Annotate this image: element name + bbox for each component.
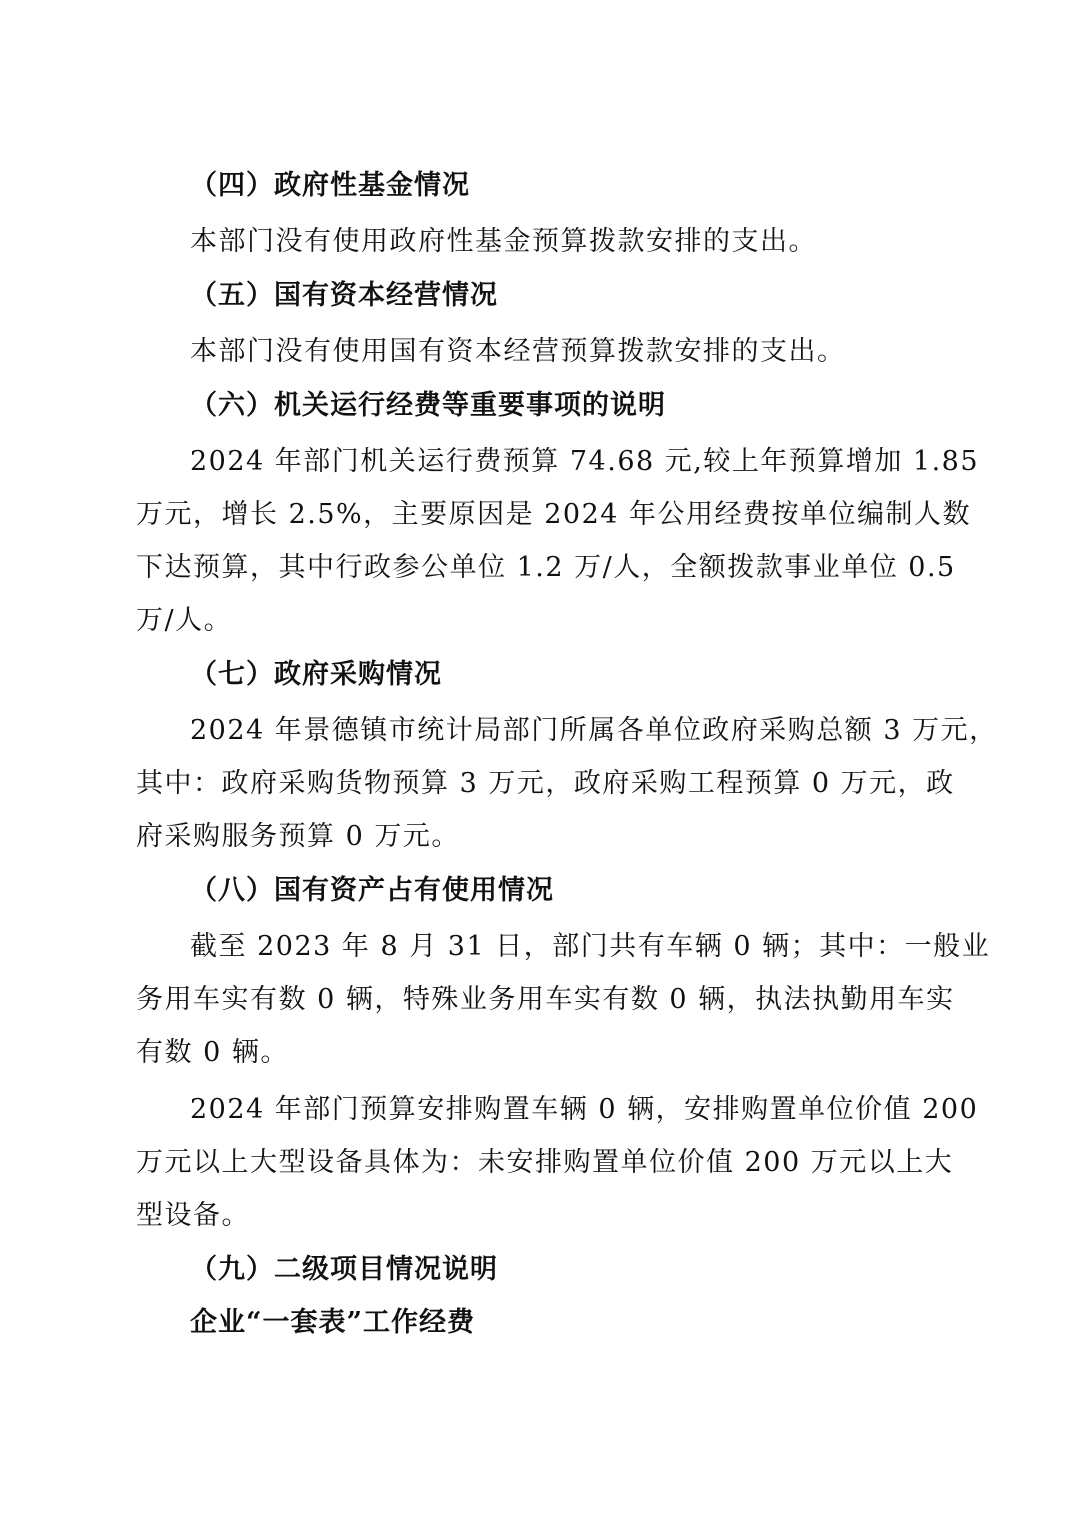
paragraph-line: 下达预算，其中行政参公单位 1.2 万/人，全额拨款事业单位 0.5 [136, 550, 956, 586]
paragraph-line: 型设备。 [136, 1198, 250, 1234]
section-heading-state-assets: （八）国有资产占有使用情况 [190, 873, 554, 909]
section-heading-state-capital: （五）国有资本经营情况 [190, 278, 498, 314]
section-heading-secondary-projects: （九）二级项目情况说明 [190, 1252, 498, 1288]
paragraph-line: 府采购服务预算 0 万元。 [136, 819, 460, 855]
subheading-project-name: 企业“一套表”工作经费 [190, 1305, 475, 1341]
paragraph-line: 万/人。 [136, 603, 232, 639]
section-heading-government-fund: （四）政府性基金情况 [190, 168, 470, 204]
paragraph-line: 其中：政府采购货物预算 3 万元，政府采购工程预算 0 万元，政 [136, 766, 955, 802]
paragraph-line: 2024 年部门预算安排购置车辆 0 辆，安排购置单位价值 200 [190, 1092, 978, 1128]
document-page: （四）政府性基金情况 本部门没有使用政府性基金预算拨款安排的支出。 （五）国有资… [0, 0, 1074, 1520]
paragraph-line: 有数 0 辆。 [136, 1035, 289, 1071]
paragraph-line: 务用车实有数 0 辆，特殊业务用车实有数 0 辆，执法执勤用车实 [136, 982, 955, 1018]
section-heading-operating-expenses: （六）机关运行经费等重要事项的说明 [190, 388, 666, 424]
paragraph-line: 2024 年景德镇市统计局部门所属各单位政府采购总额 3 万元， [190, 713, 998, 749]
paragraph-line: 本部门没有使用国有资本经营预算拨款安排的支出。 [190, 334, 846, 370]
paragraph-line: 截至 2023 年 8 月 31 日，部门共有车辆 0 辆；其中：一般业 [190, 929, 990, 965]
paragraph-line: 2024 年部门机关运行费预算 74.68 元,较上年预算增加 1.85 [190, 444, 979, 480]
section-heading-procurement: （七）政府采购情况 [190, 657, 442, 693]
paragraph-line: 万元以上大型设备具体为：未安排购置单位价值 200 万元以上大 [136, 1145, 953, 1181]
paragraph-line: 本部门没有使用政府性基金预算拨款安排的支出。 [190, 224, 817, 260]
paragraph-line: 万元，增长 2.5%，主要原因是 2024 年公用经费按单位编制人数 [136, 497, 971, 533]
